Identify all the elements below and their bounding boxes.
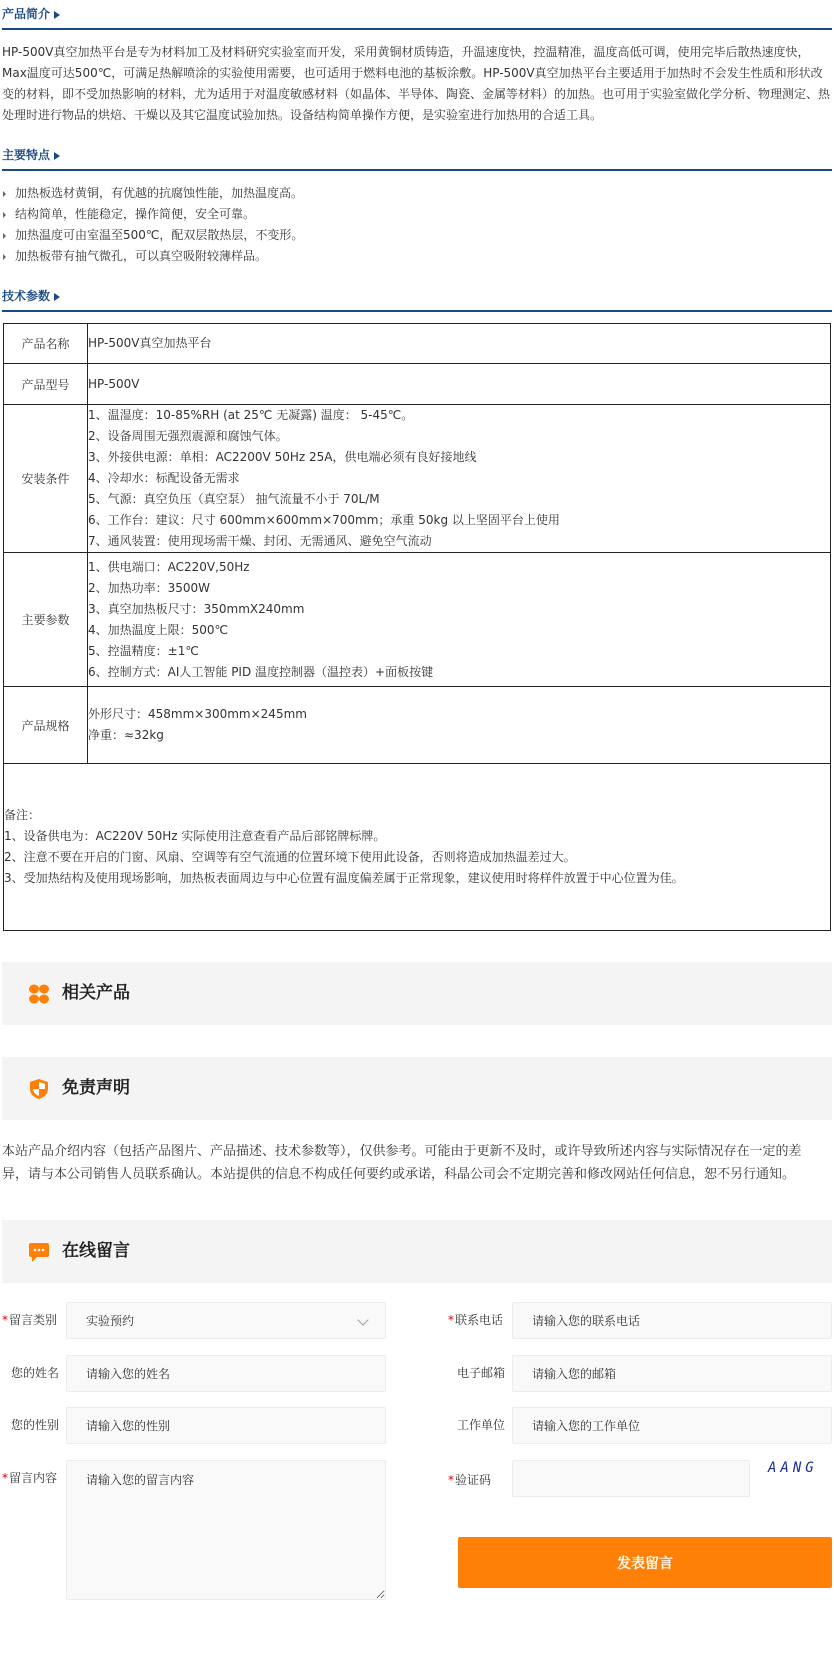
bullet-icon — [3, 191, 6, 197]
spec-label: 产品名称 — [4, 324, 88, 364]
spec-label: 产品型号 — [4, 364, 88, 405]
message-title: 在线留言 — [62, 1240, 130, 1262]
section-title-features: 主要特点 — [2, 147, 60, 163]
name-input[interactable] — [66, 1355, 386, 1392]
email-label: 电子邮箱 — [457, 1365, 505, 1381]
spec-label: 主要参数 — [4, 553, 88, 687]
category-select[interactable]: 实验预约 — [66, 1302, 386, 1339]
spec-row-params: 主要参数 1、供电端口：AC220V,50Hz 2、加热功率：3500W 3、真… — [4, 553, 831, 687]
spec-notes: 备注： 1、设备供电为：AC220V 50Hz 实际使用注意查看产品后部铭牌标牌… — [4, 764, 831, 931]
disclaimer-title: 免责声明 — [62, 1077, 130, 1099]
bullet-icon — [3, 212, 6, 218]
section-header-intro: 产品简介 — [2, 0, 832, 30]
features-list: 加热板选材黄铜，有优越的抗腐蚀性能，加热温度高。 结构简单，性能稳定，操作简便，… — [2, 183, 832, 267]
feature-item: 加热板选材黄铜，有优越的抗腐蚀性能，加热温度高。 — [2, 183, 832, 204]
submit-button[interactable]: 发表留言 — [458, 1537, 832, 1588]
spec-row-model: 产品型号 HP-500V — [4, 364, 831, 405]
spec-row-install: 安装条件 1、温湿度：10-85%RH (at 25℃ 无凝露) 温度： 5-4… — [4, 405, 831, 553]
spec-row-notes: 备注： 1、设备供电为：AC220V 50Hz 实际使用注意查看产品后部铭牌标牌… — [4, 764, 831, 931]
company-label: 工作单位 — [457, 1417, 505, 1433]
chat-icon — [28, 1242, 50, 1264]
phone-label: *联系电话 — [448, 1312, 503, 1328]
section-header-features: 主要特点 — [2, 141, 832, 171]
spec-value: HP-500V — [88, 364, 831, 405]
content-label: *留言内容 — [2, 1470, 57, 1486]
intro-paragraph: HP-500V真空加热平台是专为材料加工及材料研究实验室而开发，采用黄铜材质铸造… — [2, 42, 832, 126]
content-textarea[interactable] — [66, 1460, 386, 1600]
message-band: 在线留言 — [2, 1220, 832, 1283]
company-input[interactable] — [512, 1407, 832, 1444]
bullet-icon — [3, 254, 6, 260]
section-title-specs: 技术参数 — [2, 288, 60, 304]
spec-value: 外形尺寸：458mm×300mm×245mm 净重：≈32kg — [88, 687, 831, 764]
gender-input[interactable] — [66, 1407, 386, 1444]
triangle-right-icon — [54, 11, 60, 19]
captcha-input[interactable] — [512, 1460, 750, 1497]
section-header-specs: 技术参数 — [2, 282, 832, 312]
spec-value: 1、供电端口：AC220V,50Hz 2、加热功率：3500W 3、真空加热板尺… — [88, 553, 831, 687]
spec-row-name: 产品名称 HP-500V真空加热平台 — [4, 324, 831, 364]
feature-item: 加热温度可由室温至500℃，配双层散热层，不变形。 — [2, 225, 832, 246]
feature-item: 加热板带有抽气微孔，可以真空吸附较薄样品。 — [2, 246, 832, 267]
spec-table: 产品名称 HP-500V真空加热平台 产品型号 HP-500V 安装条件 1、温… — [3, 323, 831, 931]
spec-row-dimensions: 产品规格 外形尺寸：458mm×300mm×245mm 净重：≈32kg — [4, 687, 831, 764]
grid-icon — [28, 984, 50, 1004]
triangle-right-icon — [54, 152, 60, 160]
phone-input[interactable] — [512, 1302, 832, 1339]
spec-label: 安装条件 — [4, 405, 88, 553]
spec-value: 1、温湿度：10-85%RH (at 25℃ 无凝露) 温度： 5-45℃。 2… — [88, 405, 831, 553]
email-input[interactable] — [512, 1355, 832, 1392]
feature-item: 结构简单，性能稳定，操作简便，安全可靠。 — [2, 204, 832, 225]
related-products-band: 相关产品 — [2, 962, 832, 1025]
disclaimer-band: 免责声明 — [2, 1057, 832, 1120]
chevron-down-icon — [357, 1314, 368, 1325]
name-label: 您的姓名 — [11, 1365, 59, 1381]
gender-label: 您的性别 — [11, 1417, 59, 1433]
spec-label: 产品规格 — [4, 687, 88, 764]
related-products-title: 相关产品 — [62, 982, 130, 1004]
shield-icon — [28, 1078, 50, 1100]
captcha-label: *验证码 — [448, 1472, 491, 1488]
triangle-right-icon — [54, 293, 60, 301]
disclaimer-text: 本站产品介绍内容（包括产品图片、产品描述、技术参数等），仅供参考。可能由于更新不… — [2, 1140, 817, 1186]
captcha-image[interactable]: AANG — [768, 1460, 818, 1476]
category-label: *留言类别 — [2, 1312, 57, 1328]
bullet-icon — [3, 233, 6, 239]
section-title-intro: 产品简介 — [2, 6, 60, 22]
spec-value: HP-500V真空加热平台 — [88, 324, 831, 364]
